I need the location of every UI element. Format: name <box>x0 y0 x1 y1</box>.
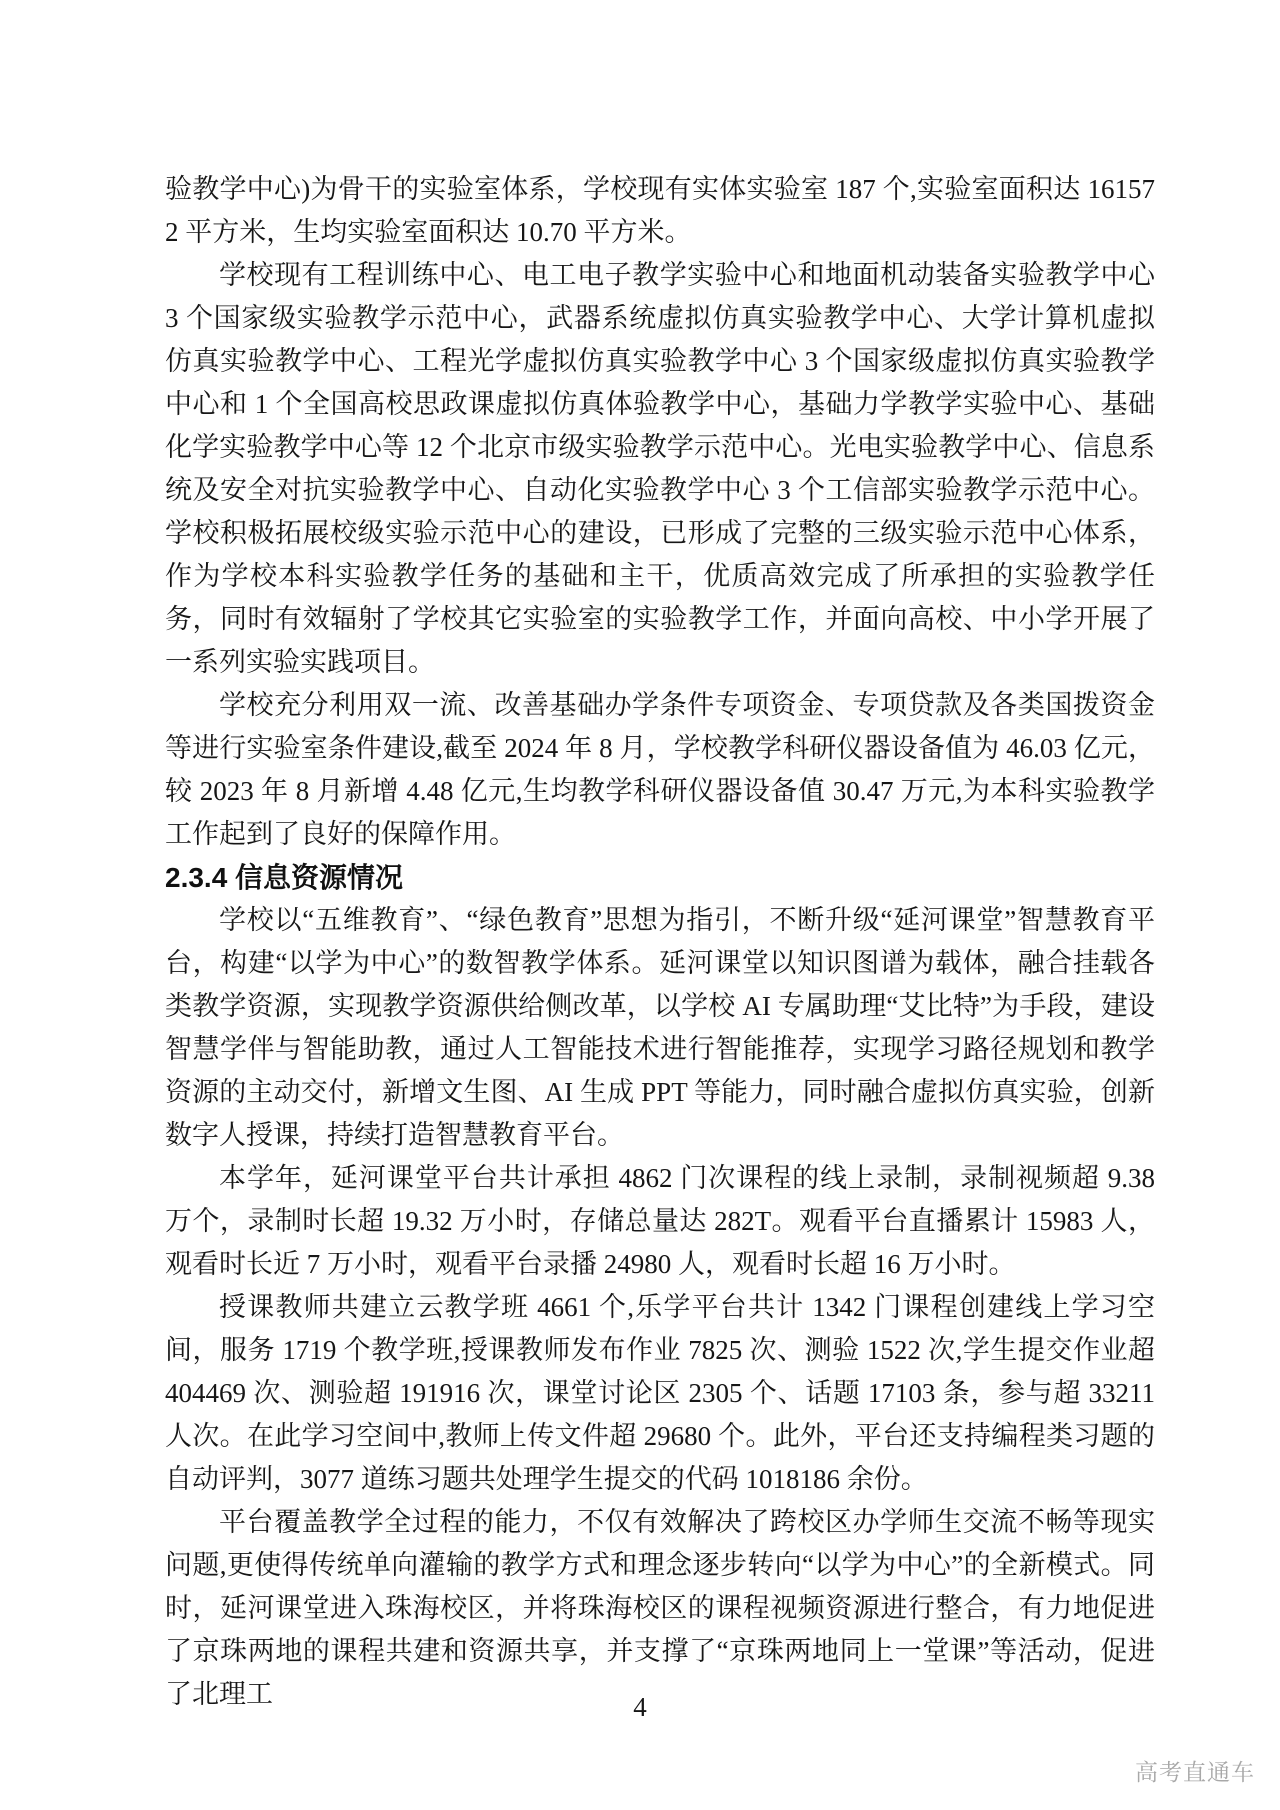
paragraph: 授课教师共建立云教学班 4661 个,乐学平台共计 1342 门课程创建线上学习… <box>165 1286 1155 1501</box>
paragraph: 学校现有工程训练中心、电工电子教学实验中心和地面机动装备实验教学中心 3 个国家… <box>165 254 1155 684</box>
document-body: 验教学中心)为骨干的实验室体系，学校现有实体实验室 187 个,实验室面积达 1… <box>165 168 1155 1716</box>
section-heading: 2.3.4 信息资源情况 <box>165 856 1155 899</box>
document-page: 验教学中心)为骨干的实验室体系，学校现有实体实验室 187 个,实验室面积达 1… <box>0 0 1280 1810</box>
paragraph: 平台覆盖教学全过程的能力，不仅有效解决了跨校区办学师生交流不畅等现实问题,更使得… <box>165 1501 1155 1716</box>
paragraph: 学校充分利用双一流、改善基础办学条件专项资金、专项贷款及各类国拨资金等进行实验室… <box>165 684 1155 856</box>
watermark: 高考直通车 <box>1135 1760 1255 1784</box>
paragraph: 验教学中心)为骨干的实验室体系，学校现有实体实验室 187 个,实验室面积达 1… <box>165 168 1155 254</box>
paragraph: 本学年，延河课堂平台共计承担 4862 门次课程的线上录制，录制视频超 9.38… <box>165 1157 1155 1286</box>
paragraph: 学校以“五维教育”、“绿色教育”思想为指引，不断升级“延河课堂”智慧教育平台，构… <box>165 899 1155 1157</box>
page-number: 4 <box>0 1692 1280 1722</box>
